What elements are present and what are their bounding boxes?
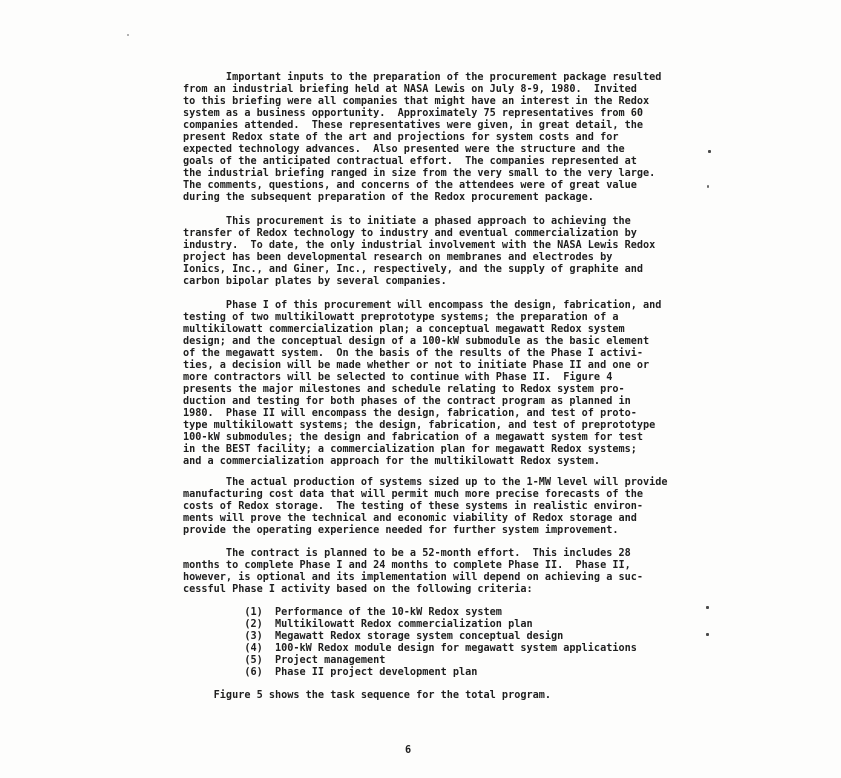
- text-line: goals of the anticipated contractual eff…: [183, 156, 661, 168]
- text-line: in the BEST facility; a commercializatio…: [183, 444, 661, 456]
- text-line: months to complete Phase I and 24 months…: [183, 560, 643, 572]
- list-item: (6) Phase II project development plan: [183, 667, 637, 679]
- text-line: type multikilowatt systems; the design, …: [183, 420, 661, 432]
- text-line: system as a business opportunity. Approx…: [183, 108, 661, 120]
- text-line: duction and testing for both phases of t…: [183, 396, 661, 408]
- text-line: project has been developmental research …: [183, 252, 655, 264]
- text-line: This procurement is to initiate a phased…: [183, 216, 655, 228]
- text-line: 1980. Phase II will encompass the design…: [183, 408, 661, 420]
- text-line: from an industrial briefing held at NASA…: [183, 84, 661, 96]
- text-line: testing of two multikilowatt preprototyp…: [183, 312, 661, 324]
- text-line: transfer of Redox technology to industry…: [183, 228, 655, 240]
- text-line: the industrial briefing ranged in size f…: [183, 168, 661, 180]
- paragraph-1: Important inputs to the preparation of t…: [183, 72, 661, 204]
- text-line: expected technology advances. Also prese…: [183, 144, 661, 156]
- criteria-list: (1) Performance of the 10-kW Redox syste…: [183, 607, 637, 679]
- text-line: provide the operating experience needed …: [183, 525, 668, 537]
- paragraph-4: The actual production of systems sized u…: [183, 477, 668, 537]
- text-line: and a commercialization approach for the…: [183, 456, 661, 468]
- list-item: (3) Megawatt Redox storage system concep…: [183, 631, 637, 643]
- text-line: costs of Redox storage. The testing of t…: [183, 501, 668, 513]
- text-line: industry. To date, the only industrial i…: [183, 240, 655, 252]
- scan-artifact: [707, 185, 709, 188]
- text-line: ties, a decision will be made whether or…: [183, 360, 661, 372]
- paragraph-3: Phase I of this procurement will encompa…: [183, 300, 661, 468]
- text-line: carbon bipolar plates by several compani…: [183, 276, 655, 288]
- text-line: Ionics, Inc., and Giner, Inc., respectiv…: [183, 264, 655, 276]
- list-item: (1) Performance of the 10-kW Redox syste…: [183, 607, 637, 619]
- text-line: however, is optional and its implementat…: [183, 572, 643, 584]
- paragraph-5: The contract is planned to be a 52-month…: [183, 548, 643, 596]
- text-line: The contract is planned to be a 52-month…: [183, 548, 643, 560]
- text-line: of the megawatt system. On the basis of …: [183, 348, 661, 360]
- text-line: to this briefing were all companies that…: [183, 96, 661, 108]
- paragraph-2: This procurement is to initiate a phased…: [183, 216, 655, 288]
- text-line: The comments, questions, and concerns of…: [183, 180, 661, 192]
- text-line: presents the major milestones and schedu…: [183, 384, 661, 396]
- text-line: cessful Phase I activity based on the fo…: [183, 584, 643, 596]
- list-item: (5) Project management: [183, 655, 637, 667]
- scan-artifact: [127, 34, 129, 36]
- scan-artifact: [706, 606, 709, 609]
- text-line: companies attended. These representative…: [183, 120, 661, 132]
- text-line: Figure 5 shows the task sequence for the…: [183, 690, 551, 702]
- text-line: during the subsequent preparation of the…: [183, 192, 661, 204]
- list-item: (2) Multikilowatt Redox commercializatio…: [183, 619, 637, 631]
- document-page: Important inputs to the preparation of t…: [0, 0, 841, 778]
- page-number: 6: [405, 745, 411, 756]
- text-line: present Redox state of the art and proje…: [183, 132, 661, 144]
- text-line: ments will prove the technical and econo…: [183, 513, 668, 525]
- text-line: 100-kW submodules; the design and fabric…: [183, 432, 661, 444]
- scan-artifact: [708, 150, 711, 153]
- text-line: design; and the conceptual design of a 1…: [183, 336, 661, 348]
- text-line: Important inputs to the preparation of t…: [183, 72, 661, 84]
- text-line: The actual production of systems sized u…: [183, 477, 668, 489]
- figure-note: Figure 5 shows the task sequence for the…: [183, 690, 551, 702]
- text-line: multikilowatt commercialization plan; a …: [183, 324, 661, 336]
- scan-artifact: [706, 633, 709, 636]
- text-line: more contractors will be selected to con…: [183, 372, 661, 384]
- text-line: manufacturing cost data that will permit…: [183, 489, 668, 501]
- text-line: Phase I of this procurement will encompa…: [183, 300, 661, 312]
- list-item: (4) 100-kW Redox module design for megaw…: [183, 643, 637, 655]
